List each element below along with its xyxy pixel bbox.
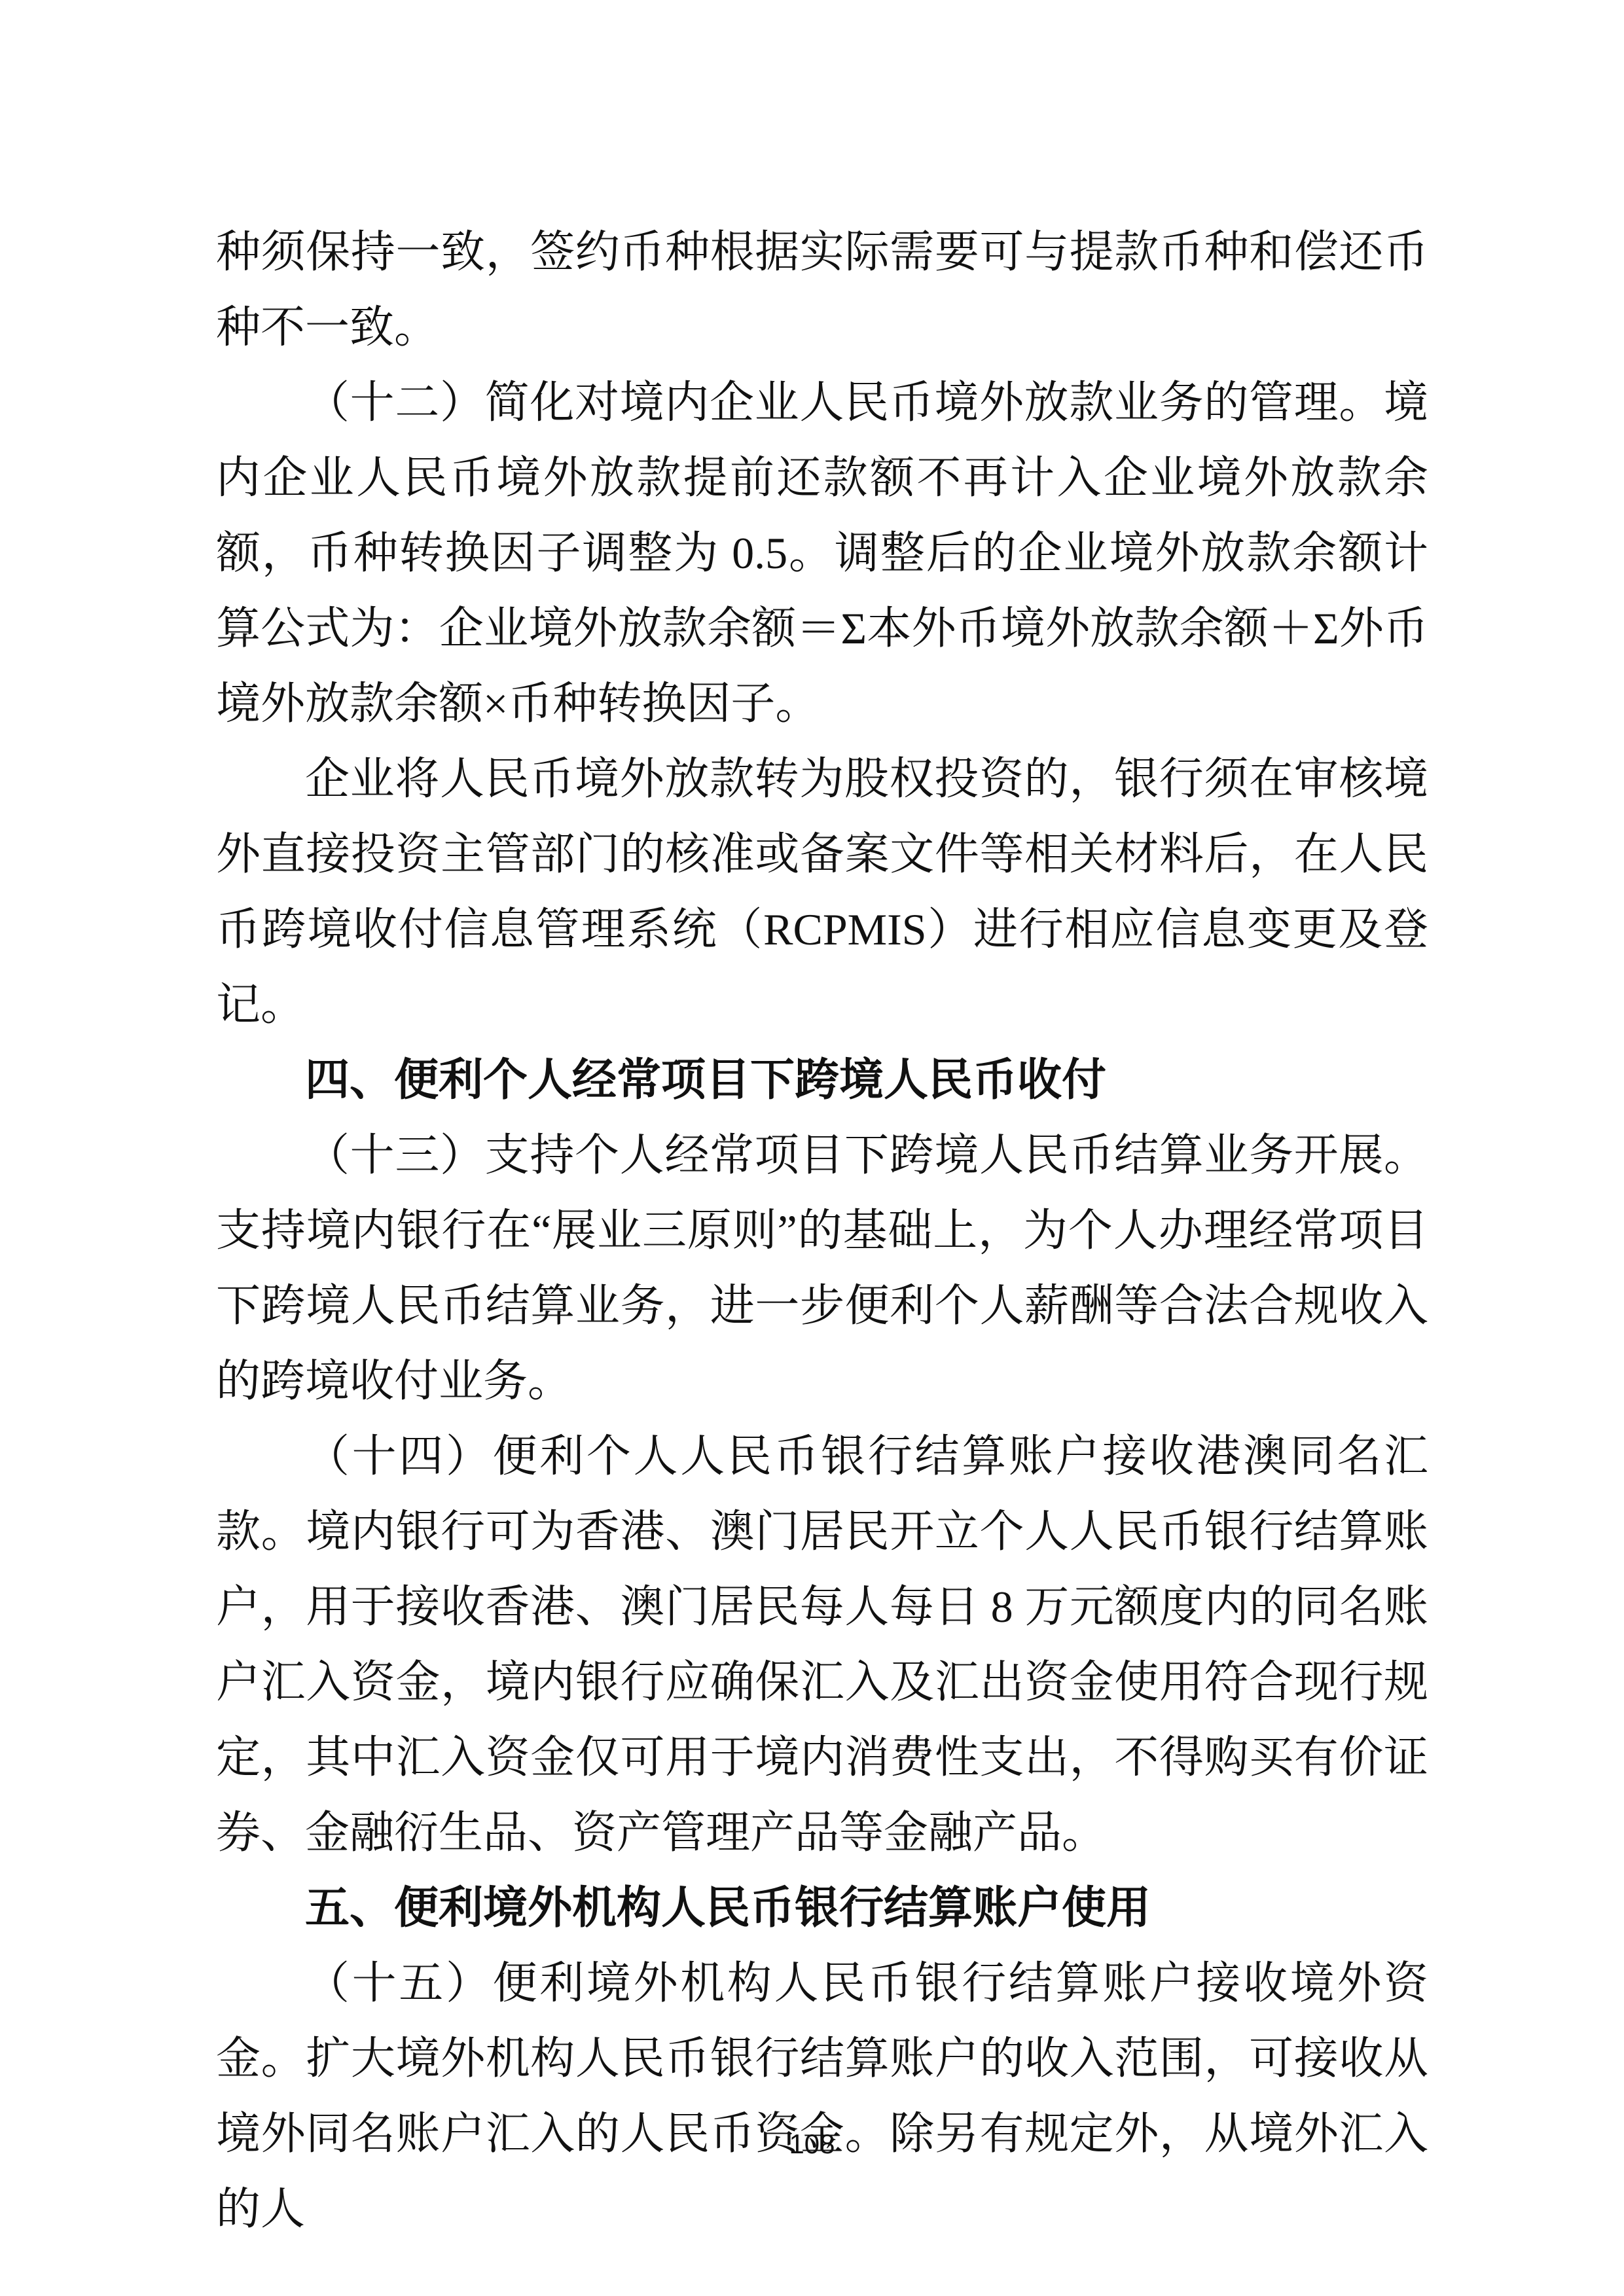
paragraph: （十四）便利个人人民币银行结算账户接收港澳同名汇款。境内银行可为香港、澳门居民开… [216, 1419, 1428, 1871]
document-body: 种须保持一致，签约币种根据实际需要可与提款币种和偿还币种不一致。（十二）简化对境… [216, 215, 1428, 2247]
paragraph: （十五）便利境外机构人民币银行结算账户接收境外资金。扩大境外机构人民币银行结算账… [216, 1946, 1428, 2247]
document-page: 种须保持一致，签约币种根据实际需要可与提款币种和偿还币种不一致。（十二）简化对境… [0, 0, 1624, 2296]
paragraph: （十三）支持个人经常项目下跨境人民币结算业务开展。支持境内银行在“展业三原则”的… [216, 1118, 1428, 1419]
paragraph: 种须保持一致，签约币种根据实际需要可与提款币种和偿还币种不一致。 [216, 215, 1428, 365]
paragraph: （十二）简化对境内企业人民币境外放款业务的管理。境内企业人民币境外放款提前还款额… [216, 365, 1428, 742]
section-heading: 四、便利个人经常项目下跨境人民币收付 [216, 1043, 1428, 1118]
paragraph: 企业将人民币境外放款转为股权投资的，银行须在审核境外直接投资主管部门的核准或备案… [216, 742, 1428, 1043]
section-heading: 五、便利境外机构人民币银行结算账户使用 [216, 1871, 1428, 1946]
page-number: 108 [0, 2128, 1624, 2160]
